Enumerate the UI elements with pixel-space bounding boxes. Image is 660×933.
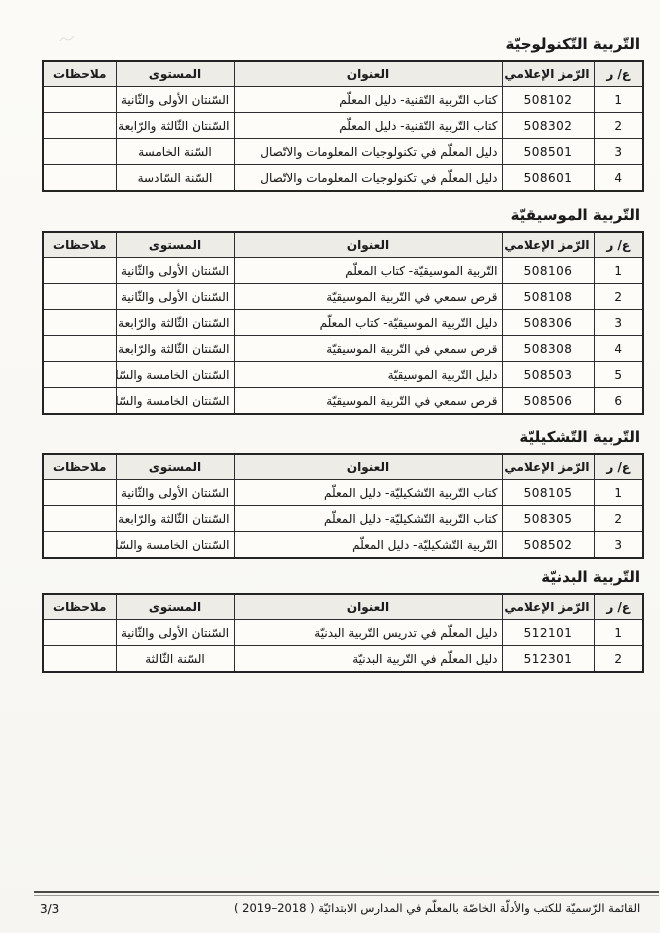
- col-header-code: الرّمز الإعلامي: [502, 594, 594, 620]
- col-header-index: ع/ ر: [594, 232, 643, 258]
- col-header-level: المستوى: [116, 594, 234, 620]
- cell-index: 1: [594, 87, 643, 113]
- cell-notes: [43, 532, 116, 559]
- cell-code: 508105: [502, 480, 594, 506]
- cell-level: السّنتان الثّالثة والرّابعة: [116, 113, 234, 139]
- cell-level: السّنتان الأولى والثّانية: [116, 87, 234, 113]
- cell-notes: [43, 362, 116, 388]
- cell-index: 2: [594, 646, 643, 673]
- cell-title: دليل المعلّم في تدريس التّربية البدنيّة: [234, 620, 502, 646]
- cell-level: السّنتان الخامسة والسّادسة: [116, 362, 234, 388]
- table-row: 4508601دليل المعلّم في تكنولوجيات المعلو…: [43, 165, 643, 192]
- subject-section: التّربية التّكنولوجيّة ع/ ر الرّمز الإعل…: [44, 34, 644, 192]
- cell-notes: [43, 336, 116, 362]
- footer-divider-line: [34, 891, 659, 896]
- cell-level: السّنتان الأولى والثّانية: [116, 480, 234, 506]
- col-header-title: العنوان: [234, 594, 502, 620]
- cell-level: السّنة الثّالثة: [116, 646, 234, 673]
- col-header-level: المستوى: [116, 232, 234, 258]
- col-header-notes: ملاحظات: [43, 594, 116, 620]
- cell-level: السّنتان الثّالثة والرّابعة: [116, 310, 234, 336]
- cell-title: كتاب التّربية التّقنية- دليل المعلّم: [234, 87, 502, 113]
- cell-title: التّربية التّشكيليّة- دليل المعلّم: [234, 532, 502, 559]
- cell-title: التّربية الموسيقيّة- كتاب المعلّم: [234, 258, 502, 284]
- cell-code: 508102: [502, 87, 594, 113]
- cell-index: 2: [594, 506, 643, 532]
- section-title: التّربية التّكنولوجيّة: [44, 34, 640, 54]
- cell-notes: [43, 87, 116, 113]
- cell-code: 508502: [502, 532, 594, 559]
- cell-level: السّنتان الأولى والثّانية: [116, 284, 234, 310]
- cell-index: 1: [594, 480, 643, 506]
- books-table: ع/ ر الرّمز الإعلامي العنوان المستوى ملا…: [42, 593, 644, 673]
- table-row: 5508503دليل التّربية الموسيقيّةالسّنتان …: [43, 362, 643, 388]
- books-table: ع/ ر الرّمز الإعلامي العنوان المستوى ملا…: [42, 231, 644, 415]
- cell-code: 508601: [502, 165, 594, 192]
- cell-level: السّنتان الخامسة والسّادسة: [116, 532, 234, 559]
- cell-title: كتاب التّربية التّشكيليّة- دليل المعلّم: [234, 480, 502, 506]
- table-row: 3508306دليل التّربية الموسيقيّة- كتاب ال…: [43, 310, 643, 336]
- cell-index: 2: [594, 284, 643, 310]
- col-header-code: الرّمز الإعلامي: [502, 61, 594, 87]
- cell-title: قرص سمعي في التّربية الموسيقيّة: [234, 388, 502, 415]
- col-header-title: العنوان: [234, 454, 502, 480]
- cell-level: السّنتان الأولى والثّانية: [116, 620, 234, 646]
- cell-title: كتاب التّربية التّشكيليّة- دليل المعلّم: [234, 506, 502, 532]
- col-header-code: الرّمز الإعلامي: [502, 454, 594, 480]
- col-header-notes: ملاحظات: [43, 232, 116, 258]
- footer-caption: القائمة الرّسميّة للكتب والأدلّة الخاصّة…: [234, 901, 654, 915]
- cell-notes: [43, 139, 116, 165]
- cell-index: 1: [594, 258, 643, 284]
- cell-code: 508503: [502, 362, 594, 388]
- subject-section: التّربية البدنيّة ع/ ر الرّمز الإعلامي ا…: [44, 567, 644, 673]
- cell-index: 4: [594, 165, 643, 192]
- section-title: التّربية التّشكيليّة: [44, 427, 640, 447]
- cell-notes: [43, 388, 116, 415]
- cell-title: قرص سمعي في التّربية الموسيقيّة: [234, 284, 502, 310]
- cell-index: 6: [594, 388, 643, 415]
- cell-code: 508306: [502, 310, 594, 336]
- col-header-level: المستوى: [116, 61, 234, 87]
- cell-code: 508308: [502, 336, 594, 362]
- cell-notes: [43, 284, 116, 310]
- cell-index: 5: [594, 362, 643, 388]
- cell-level: السّنتان الثّالثة والرّابعة: [116, 506, 234, 532]
- cell-code: 508106: [502, 258, 594, 284]
- table-header-row: ع/ ر الرّمز الإعلامي العنوان المستوى ملا…: [43, 61, 643, 87]
- cell-notes: [43, 310, 116, 336]
- cell-notes: [43, 258, 116, 284]
- cell-title: دليل المعلّم في تكنولوجيات المعلومات وال…: [234, 139, 502, 165]
- cell-title: دليل المعلّم في تكنولوجيات المعلومات وال…: [234, 165, 502, 192]
- col-header-index: ع/ ر: [594, 454, 643, 480]
- cell-notes: [43, 480, 116, 506]
- subject-section: التّربية التّشكيليّة ع/ ر الرّمز الإعلام…: [44, 427, 644, 559]
- table-row: 2508108قرص سمعي في التّربية الموسيقيّةال…: [43, 284, 643, 310]
- table-row: 3508502التّربية التّشكيليّة- دليل المعلّ…: [43, 532, 643, 559]
- table-row: 1508106التّربية الموسيقيّة- كتاب المعلّم…: [43, 258, 643, 284]
- col-header-code: الرّمز الإعلامي: [502, 232, 594, 258]
- table-header-row: ع/ ر الرّمز الإعلامي العنوان المستوى ملا…: [43, 594, 643, 620]
- col-header-index: ع/ ر: [594, 594, 643, 620]
- cell-title: دليل التّربية الموسيقيّة- كتاب المعلّم: [234, 310, 502, 336]
- col-header-title: العنوان: [234, 232, 502, 258]
- table-header-row: ع/ ر الرّمز الإعلامي العنوان المستوى ملا…: [43, 454, 643, 480]
- table-row: 6508506قرص سمعي في التّربية الموسيقيّةال…: [43, 388, 643, 415]
- col-header-title: العنوان: [234, 61, 502, 87]
- cell-notes: [43, 506, 116, 532]
- books-table: ع/ ر الرّمز الإعلامي العنوان المستوى ملا…: [42, 453, 644, 559]
- books-table: ع/ ر الرّمز الإعلامي العنوان المستوى ملا…: [42, 60, 644, 192]
- cell-index: 3: [594, 532, 643, 559]
- cell-index: 4: [594, 336, 643, 362]
- section-title: التّربية البدنيّة: [44, 567, 640, 587]
- cell-notes: [43, 113, 116, 139]
- subject-section: التّربية الموسيقيّة ع/ ر الرّمز الإعلامي…: [44, 205, 644, 415]
- table-row: 3508501دليل المعلّم في تكنولوجيات المعلو…: [43, 139, 643, 165]
- page-number: 3/3: [40, 902, 59, 916]
- cell-code: 508506: [502, 388, 594, 415]
- table-row: 2508302كتاب التّربية التّقنية- دليل المع…: [43, 113, 643, 139]
- table-row: 4508308قرص سمعي في التّربية الموسيقيّةال…: [43, 336, 643, 362]
- cell-notes: [43, 646, 116, 673]
- table-header-row: ع/ ر الرّمز الإعلامي العنوان المستوى ملا…: [43, 232, 643, 258]
- cell-title: دليل المعلّم في التّربية البدنيّة: [234, 646, 502, 673]
- cell-level: السّنة الخامسة: [116, 139, 234, 165]
- cell-level: السّنتان الثّالثة والرّابعة: [116, 336, 234, 362]
- col-header-notes: ملاحظات: [43, 454, 116, 480]
- table-row: 1508105كتاب التّربية التّشكيليّة- دليل ا…: [43, 480, 643, 506]
- cell-code: 508108: [502, 284, 594, 310]
- col-header-level: المستوى: [116, 454, 234, 480]
- cell-notes: [43, 165, 116, 192]
- cell-notes: [43, 620, 116, 646]
- col-header-index: ع/ ر: [594, 61, 643, 87]
- table-row: 2508305كتاب التّربية التّشكيليّة- دليل ا…: [43, 506, 643, 532]
- table-row: 1508102كتاب التّربية التّقنية- دليل المع…: [43, 87, 643, 113]
- table-row: 1512101دليل المعلّم في تدريس التّربية ال…: [43, 620, 643, 646]
- cell-code: 512301: [502, 646, 594, 673]
- cell-level: السّنتان الأولى والثّانية: [116, 258, 234, 284]
- cell-code: 512101: [502, 620, 594, 646]
- cell-code: 508501: [502, 139, 594, 165]
- scanned-document-page: التّربية التّكنولوجيّة ع/ ر الرّمز الإعل…: [0, 0, 660, 933]
- cell-level: السّنتان الخامسة والسّادسة: [116, 388, 234, 415]
- cell-title: دليل التّربية الموسيقيّة: [234, 362, 502, 388]
- cell-index: 2: [594, 113, 643, 139]
- cell-title: قرص سمعي في التّربية الموسيقيّة: [234, 336, 502, 362]
- cell-index: 1: [594, 620, 643, 646]
- cell-code: 508302: [502, 113, 594, 139]
- cell-index: 3: [594, 139, 643, 165]
- col-header-notes: ملاحظات: [43, 61, 116, 87]
- cell-title: كتاب التّربية التّقنية- دليل المعلّم: [234, 113, 502, 139]
- cell-code: 508305: [502, 506, 594, 532]
- cell-level: السّنة السّادسة: [116, 165, 234, 192]
- table-row: 2512301دليل المعلّم في التّربية البدنيّة…: [43, 646, 643, 673]
- section-title: التّربية الموسيقيّة: [44, 205, 640, 225]
- cell-index: 3: [594, 310, 643, 336]
